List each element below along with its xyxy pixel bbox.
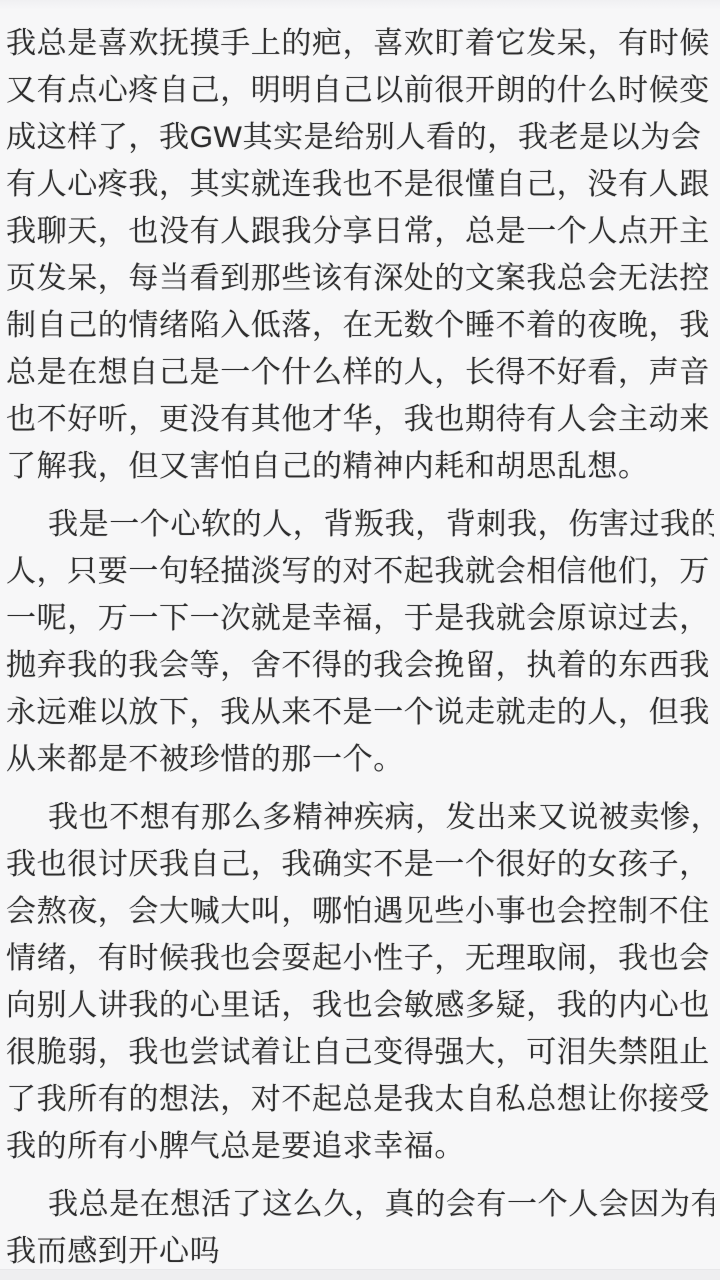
text-line: 制自己的情绪陷入低落，在无数个睡不着的夜晚，我 (6, 302, 714, 349)
text-line: 我也不想有那么多精神疾病，发出来又说被卖惨， (6, 794, 714, 841)
text-line: 情绪，有时候我也会耍起小性子，无理取闹，我也会 (6, 935, 714, 982)
text-line: 有人心疼我，其实就连我也不是很懂自己，没有人跟 (6, 161, 714, 208)
text-line: 会熬夜，会大喊大叫，哪怕遇见些小事也会控制不住 (6, 888, 714, 935)
bottom-edge-divider (0, 1269, 720, 1280)
text-line: 成这样了，我GW其实是给别人看的，我老是以为会 (6, 114, 714, 161)
text-line: 永远难以放下，我从来不是一个说走就走的人，但我 (6, 689, 714, 736)
text-line: 总是在想自己是一个什么样的人，长得不好看，声音 (6, 349, 714, 396)
paragraph: 我总是喜欢抚摸手上的疤，喜欢盯着它发呆，有时候又有点心疼自己，明明自己以前很开朗… (6, 20, 714, 490)
text-line: 我总是喜欢抚摸手上的疤，喜欢盯着它发呆，有时候 (6, 20, 714, 67)
text-line: 页发呆，每当看到那些该有深处的文案我总会无法控 (6, 255, 714, 302)
text-line: 人，只要一句轻描淡写的对不起我就会相信他们，万 (6, 548, 714, 595)
post-text: 我总是喜欢抚摸手上的疤，喜欢盯着它发呆，有时候又有点心疼自己，明明自己以前很开朗… (0, 0, 720, 1280)
text-line: 我总是在想活了这么久，真的会有一个人会因为有 (6, 1181, 714, 1228)
text-line: 我也很讨厌我自己，我确实不是一个很好的女孩子， (6, 841, 714, 888)
text-line: 抛弃我的我会等，舍不得的我会挽留，执着的东西我 (6, 642, 714, 689)
text-line: 也不好听，更没有其他才华，我也期待有人会主动来 (6, 396, 714, 443)
paragraph: 我也不想有那么多精神疾病，发出来又说被卖惨，我也很讨厌我自己，我确实不是一个很好… (6, 794, 714, 1170)
text-line: 了解我，但又害怕自己的精神内耗和胡思乱想。 (6, 443, 714, 490)
text-line: 我聊天，也没有人跟我分享日常，总是一个人点开主 (6, 208, 714, 255)
text-line: 我是一个心软的人，背叛我，背刺我，伤害过我的 (6, 501, 714, 548)
text-line: 我的所有小脾气总是要追求幸福。 (6, 1123, 714, 1170)
text-line: 一呢，万一下一次就是幸福，于是我就会原谅过去， (6, 595, 714, 642)
paragraph: 我是一个心软的人，背叛我，背刺我，伤害过我的人，只要一句轻描淡写的对不起我就会相… (6, 501, 714, 783)
text-line: 向别人讲我的心里话，我也会敏感多疑，我的内心也 (6, 982, 714, 1029)
text-line: 从来都是不被珍惜的那一个。 (6, 736, 714, 783)
text-line: 我而感到开心吗 (6, 1228, 714, 1275)
text-line: 很脆弱，我也尝试着让自己变得强大，可泪失禁阻止 (6, 1029, 714, 1076)
text-line: 了我所有的想法，对不起总是我太自私总想让你接受 (6, 1076, 714, 1123)
paragraph: 我总是在想活了这么久，真的会有一个人会因为有我而感到开心吗 (6, 1181, 714, 1275)
text-line: 又有点心疼自己，明明自己以前很开朗的什么时候变 (6, 67, 714, 114)
